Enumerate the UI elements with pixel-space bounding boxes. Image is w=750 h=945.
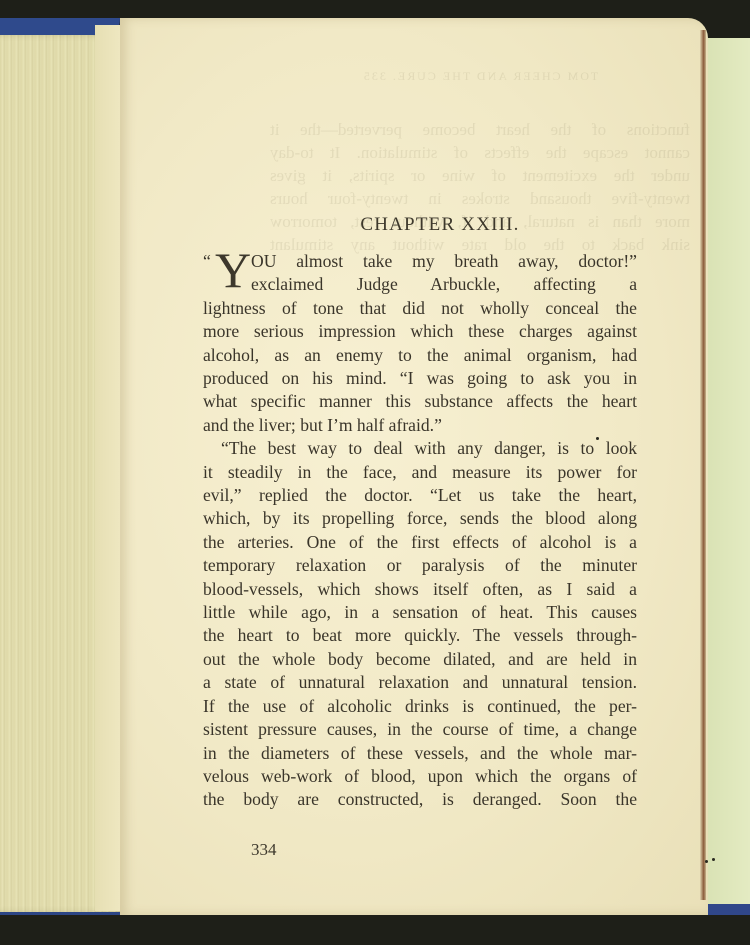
text-line: produced on his mind. “I was going to as… [203, 367, 637, 390]
text-line: velous web-work of blood, upon which the… [203, 765, 637, 788]
ink-speck [712, 858, 715, 861]
text-line: more serious impression which these char… [203, 320, 637, 343]
opening-lines: “ Y OU almost take my breath away, docto… [203, 250, 637, 297]
text-line: sistent pressure causes, in the course o… [203, 718, 637, 741]
text-line: temporary relaxation or paralysis of the… [203, 554, 637, 577]
text-line: which, by its propelling force, sends th… [203, 507, 637, 530]
text-line: and the liver; but I’m half afraid.” [203, 414, 637, 437]
next-page-edge [706, 38, 750, 904]
text-line: If the use of alcoholic drinks is contin… [203, 695, 637, 718]
text-line: evil,” replied the doctor. “Let us take … [203, 484, 637, 507]
chapter-title: CHAPTER XXIII. [243, 212, 637, 250]
page-text: CHAPTER XXIII. “ Y OU almost take my bre… [203, 212, 637, 812]
text-line: OU almost take my breath away, doctor!” [251, 250, 637, 273]
text-line: a state of unnatural relaxation and unna… [203, 671, 637, 694]
text-line: “The best way to deal with any danger, i… [203, 437, 637, 460]
drop-cap: Y [215, 248, 251, 292]
text-line: what specific manner this substance affe… [203, 390, 637, 413]
text-line: it steadily in the face, and measure its… [203, 461, 637, 484]
ink-speck [596, 437, 599, 440]
opening-quote: “ [203, 250, 211, 273]
text-line: out the whole body become dilated, and a… [203, 648, 637, 671]
ink-speck [705, 860, 708, 863]
text-line: alcohol, as an enemy to the animal organ… [203, 344, 637, 367]
page-right-edge [700, 30, 706, 900]
text-line: in the diameters of these vessels, and t… [203, 742, 637, 765]
text-line: exclaimed Judge Arbuckle, affecting a [251, 273, 637, 296]
text-line: the body are constructed, is deranged. S… [203, 788, 637, 811]
text-line: lightness of tone that did not wholly co… [203, 297, 637, 320]
text-line: blood-vessels, which shows itself often,… [203, 578, 637, 601]
text-line: the arteries. One of the first effects o… [203, 531, 637, 554]
text-line: little while ago, in a sensation of heat… [203, 601, 637, 624]
page-gutter-edge [95, 25, 123, 911]
page-number: 334 [251, 840, 277, 860]
scan-background: TOM CHEER AND THE CURE. 335 functions of… [0, 0, 750, 945]
text-line: the heart to beat more quickly. The vess… [203, 624, 637, 647]
